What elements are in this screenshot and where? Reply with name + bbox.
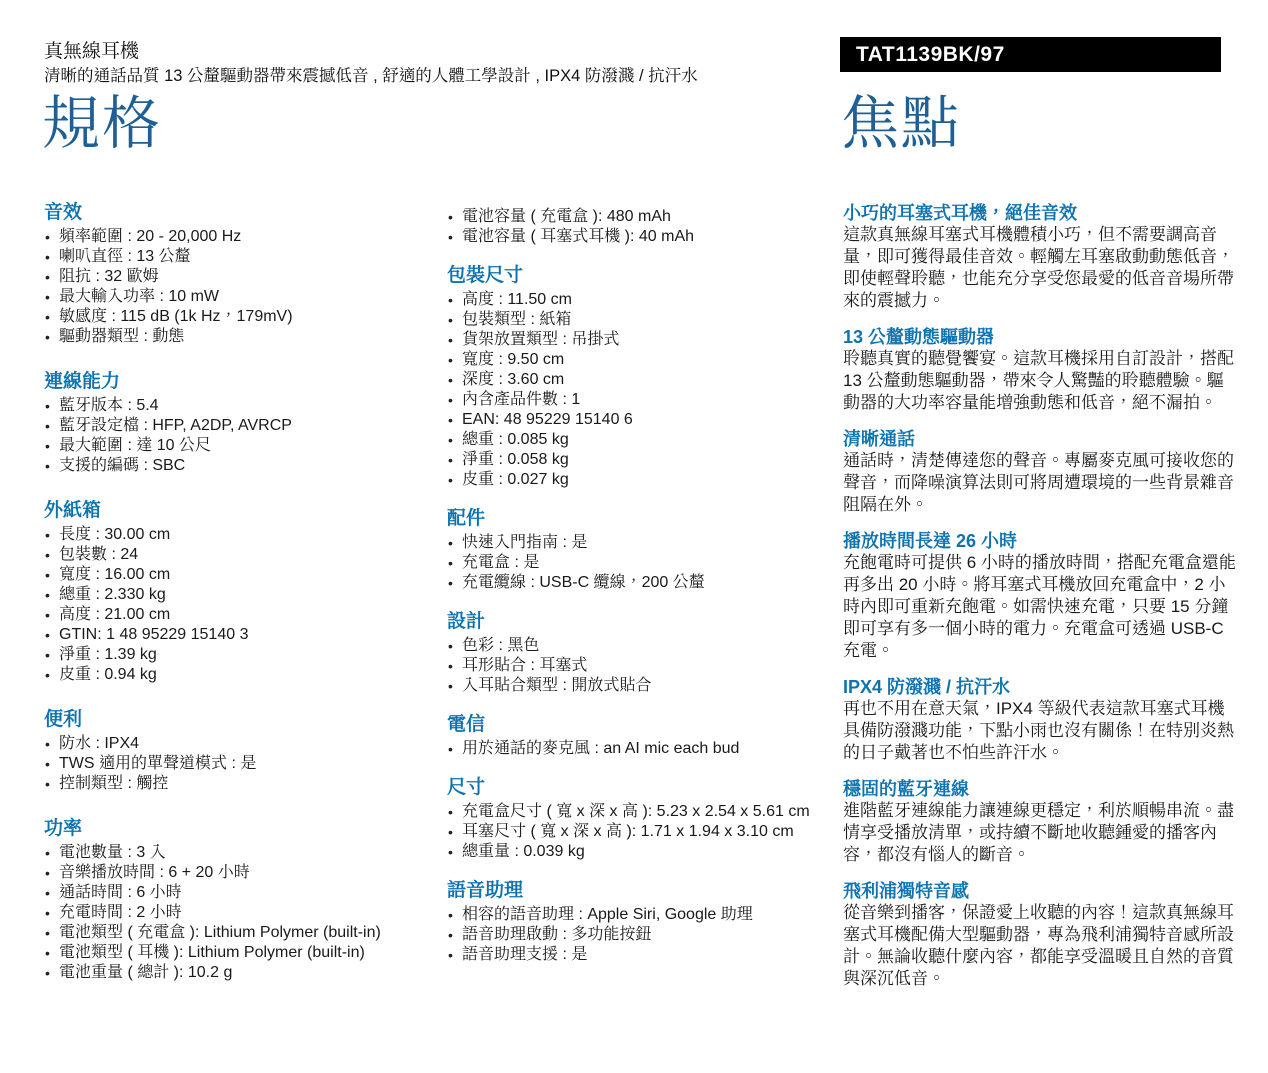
spec-item: 高度 : 11.50 cm — [447, 290, 847, 310]
highlights-column: 小巧的耳塞式耳機，絕佳音效 這款真無線耳塞式耳機體積小巧，但不需要調高音量，即可… — [843, 202, 1239, 1004]
spec-item: 喇叭直徑 : 13 公釐 — [44, 247, 422, 267]
highlight-title: 小巧的耳塞式耳機，絕佳音效 — [843, 202, 1239, 224]
spec-item: 充電時間 : 2 小時 — [44, 903, 422, 923]
spec-section-title: 便利 — [44, 709, 422, 731]
highlight-title: 播放時間長達 26 小時 — [843, 530, 1239, 552]
spec-item: 藍牙設定檔 : HFP, A2DP, AVRCP — [44, 416, 422, 436]
spec-item: 電池類型 ( 充電盒 ): Lithium Polymer (built-in) — [44, 923, 422, 943]
highlight-title: 穩固的藍牙連線 — [843, 778, 1239, 800]
spec-item-list: 充電盒尺寸 ( 寬 x 深 x 高 ): 5.23 x 2.54 x 5.61 … — [447, 802, 847, 862]
spec-item-list: 防水 : IPX4TWS 適用的單聲道模式 : 是控制類型 : 觸控 — [44, 734, 422, 794]
spec-item: GTIN: 1 48 95229 15140 3 — [44, 625, 422, 645]
spec-section-title: 設計 — [447, 611, 847, 633]
spec-item: 充電盒尺寸 ( 寬 x 深 x 高 ): 5.23 x 2.54 x 5.61 … — [447, 802, 847, 822]
spec-item: 寬度 : 9.50 cm — [447, 350, 847, 370]
spec-section-title: 功率 — [44, 818, 422, 840]
highlight-body: 通話時，清楚傳達您的聲音。專屬麥克風可接收您的聲音，而降噪演算法則可將周遭環境的… — [843, 450, 1239, 516]
highlights-page-title: 焦點 — [841, 92, 961, 156]
spec-section: 語音助理 相容的語音助理 : Apple Siri, Google 助理語音助理… — [447, 880, 847, 965]
spec-section: 功率 電池數量 : 3 入音樂播放時間 : 6 + 20 小時通話時間 : 6 … — [44, 818, 422, 983]
spec-item-list: 長度 : 30.00 cm包裝數 : 24寬度 : 16.00 cm總重 : 2… — [44, 525, 422, 685]
spec-item: 最大範圍 : 達 10 公尺 — [44, 436, 422, 456]
spec-item: 色彩 : 黑色 — [447, 636, 847, 656]
spec-item: 用於通話的麥克風 : an AI mic each bud — [447, 739, 847, 759]
spec-section: 包裝尺寸 高度 : 11.50 cm包裝類型 : 紙箱貨架放置類型 : 吊掛式寬… — [447, 265, 847, 490]
highlight-section: 播放時間長達 26 小時 充飽電時可提供 6 小時的播放時間，搭配充電盒還能再多… — [843, 530, 1239, 662]
spec-item: 耳形貼合 : 耳塞式 — [447, 656, 847, 676]
model-number-badge: TAT1139BK/97 — [840, 37, 1221, 72]
highlight-title: 飛利浦獨特音感 — [843, 880, 1239, 902]
spec-section-title: 尺寸 — [447, 777, 847, 799]
spec-item: 充電纜線 : USB-C 纜線，200 公釐 — [447, 573, 847, 593]
spec-section: 設計 色彩 : 黑色耳形貼合 : 耳塞式入耳貼合類型 : 開放式貼合 — [447, 611, 847, 696]
highlight-section: 13 公釐動態驅動器 聆聽真實的聽覺饗宴。這款耳機採用自訂設計，搭配 13 公釐… — [843, 326, 1239, 414]
spec-item: 音樂播放時間 : 6 + 20 小時 — [44, 863, 422, 883]
spec-item: 電池重量 ( 總計 ): 10.2 g — [44, 963, 422, 983]
spec-item: 入耳貼合類型 : 開放式貼合 — [447, 676, 847, 696]
spec-item: 內含產品件數 : 1 — [447, 390, 847, 410]
spec-item-list: 用於通話的麥克風 : an AI mic each bud — [447, 739, 847, 759]
spec-section: 電信 用於通話的麥克風 : an AI mic each bud — [447, 714, 847, 759]
highlight-title: 清晰通話 — [843, 428, 1239, 450]
highlight-body: 這款真無線耳塞式耳機體積小巧，但不需要調高音量，即可獲得最佳音效。輕觸左耳塞啟動… — [843, 224, 1239, 312]
highlight-body: 進階藍牙連線能力讓連線更穩定，利於順暢串流。盡情享受播放清單，或持續不斷地收聽鍾… — [843, 800, 1239, 866]
spec-item: 總重 : 2.330 kg — [44, 585, 422, 605]
highlight-body: 從音樂到播客，保證愛上收聽的內容！這款真無線耳塞式耳機配備大型驅動器，專為飛利浦… — [843, 902, 1239, 990]
spec-item: 包裝類型 : 紙箱 — [447, 310, 847, 330]
spec-section: 尺寸 充電盒尺寸 ( 寬 x 深 x 高 ): 5.23 x 2.54 x 5.… — [447, 777, 847, 862]
spec-item-list: 色彩 : 黑色耳形貼合 : 耳塞式入耳貼合類型 : 開放式貼合 — [447, 636, 847, 696]
spec-item: 阻抗 : 32 歐姆 — [44, 267, 422, 287]
specs-page-title: 規格 — [42, 92, 162, 156]
spec-item: 藍牙版本 : 5.4 — [44, 396, 422, 416]
spec-section: 外紙箱 長度 : 30.00 cm包裝數 : 24寬度 : 16.00 cm總重… — [44, 500, 422, 685]
spec-item: 總重 : 0.085 kg — [447, 430, 847, 450]
spec-item: 長度 : 30.00 cm — [44, 525, 422, 545]
spec-item-list: 高度 : 11.50 cm包裝類型 : 紙箱貨架放置類型 : 吊掛式寬度 : 9… — [447, 290, 847, 490]
spec-section-title: 音效 — [44, 202, 422, 224]
spec-item: 深度 : 3.60 cm — [447, 370, 847, 390]
spec-item: 相容的語音助理 : Apple Siri, Google 助理 — [447, 905, 847, 925]
highlight-title: IPX4 防潑濺 / 抗汗水 — [843, 676, 1239, 698]
highlight-body: 充飽電時可提供 6 小時的播放時間，搭配充電盒還能再多出 20 小時。將耳塞式耳… — [843, 552, 1239, 662]
spec-item: 支援的編碼 : SBC — [44, 456, 422, 476]
spec-section: 便利 防水 : IPX4TWS 適用的單聲道模式 : 是控制類型 : 觸控 — [44, 709, 422, 794]
spec-item: 電池容量 ( 耳塞式耳機 ): 40 mAh — [447, 227, 847, 247]
spec-item: 總重量 : 0.039 kg — [447, 842, 847, 862]
spec-section: 配件 快速入門指南 : 是充電盒 : 是充電纜線 : USB-C 纜線，200 … — [447, 508, 847, 593]
spec-item: TWS 適用的單聲道模式 : 是 — [44, 754, 422, 774]
product-tagline: 清晰的通話品質 13 公釐驅動器帶來震撼低音 , 舒適的人體工學設計 , IPX… — [44, 64, 804, 88]
spec-item: 語音助理支援 : 是 — [447, 945, 847, 965]
spec-item-list: 頻率範圍 : 20 - 20,000 Hz喇叭直徑 : 13 公釐阻抗 : 32… — [44, 227, 422, 347]
product-header: 真無線耳機 清晰的通話品質 13 公釐驅動器帶來震撼低音 , 舒適的人體工學設計… — [44, 40, 804, 88]
highlight-body: 聆聽真實的聽覺饗宴。這款耳機採用自訂設計，搭配 13 公釐動態驅動器，帶來令人驚… — [843, 348, 1239, 414]
highlight-title: 13 公釐動態驅動器 — [843, 326, 1239, 348]
spec-column-1: 音效 頻率範圍 : 20 - 20,000 Hz喇叭直徑 : 13 公釐阻抗 :… — [44, 202, 422, 1007]
spec-item: 敏感度 : 115 dB (1k Hz，179mV) — [44, 307, 422, 327]
spec-item: 電池類型 ( 耳機 ): Lithium Polymer (built-in) — [44, 943, 422, 963]
spec-item: 控制類型 : 觸控 — [44, 774, 422, 794]
highlight-section: 穩固的藍牙連線 進階藍牙連線能力讓連線更穩定，利於順暢串流。盡情享受播放清單，或… — [843, 778, 1239, 866]
spec-item: 語音助理啟動 : 多功能按鈕 — [447, 925, 847, 945]
spec-item-list: 電池容量 ( 充電盒 ): 480 mAh電池容量 ( 耳塞式耳機 ): 40 … — [447, 207, 847, 247]
spec-section-title: 連線能力 — [44, 371, 422, 393]
spec-section: 電池容量 ( 充電盒 ): 480 mAh電池容量 ( 耳塞式耳機 ): 40 … — [447, 207, 847, 247]
spec-item: 耳塞尺寸 ( 寬 x 深 x 高 ): 1.71 x 1.94 x 3.10 c… — [447, 822, 847, 842]
spec-item: 頻率範圍 : 20 - 20,000 Hz — [44, 227, 422, 247]
spec-item: 高度 : 21.00 cm — [44, 605, 422, 625]
spec-item: 貨架放置類型 : 吊掛式 — [447, 330, 847, 350]
highlight-section: 清晰通話 通話時，清楚傳達您的聲音。專屬麥克風可接收您的聲音，而降噪演算法則可將… — [843, 428, 1239, 516]
spec-item: 最大輸入功率 : 10 mW — [44, 287, 422, 307]
spec-item: 快速入門指南 : 是 — [447, 533, 847, 553]
spec-section-title: 電信 — [447, 714, 847, 736]
spec-item: 電池數量 : 3 入 — [44, 843, 422, 863]
spec-section-title: 語音助理 — [447, 880, 847, 902]
spec-section: 音效 頻率範圍 : 20 - 20,000 Hz喇叭直徑 : 13 公釐阻抗 :… — [44, 202, 422, 347]
spec-sheet-page: 真無線耳機 清晰的通話品質 13 公釐驅動器帶來震撼低音 , 舒適的人體工學設計… — [0, 0, 1268, 1073]
spec-section-title: 外紙箱 — [44, 500, 422, 522]
spec-section-title: 包裝尺寸 — [447, 265, 847, 287]
spec-item-list: 相容的語音助理 : Apple Siri, Google 助理語音助理啟動 : … — [447, 905, 847, 965]
spec-item-list: 電池數量 : 3 入音樂播放時間 : 6 + 20 小時通話時間 : 6 小時充… — [44, 843, 422, 983]
spec-section-title: 配件 — [447, 508, 847, 530]
spec-item: 通話時間 : 6 小時 — [44, 883, 422, 903]
spec-item: 電池容量 ( 充電盒 ): 480 mAh — [447, 207, 847, 227]
spec-item: EAN: 48 95229 15140 6 — [447, 410, 847, 430]
highlight-body: 再也不用在意天氣，IPX4 等級代表這款耳塞式耳機具備防潑濺功能，下點小雨也沒有… — [843, 698, 1239, 764]
spec-item: 皮重 : 0.94 kg — [44, 665, 422, 685]
spec-item: 皮重 : 0.027 kg — [447, 470, 847, 490]
spec-item: 寬度 : 16.00 cm — [44, 565, 422, 585]
highlight-section: 飛利浦獨特音感 從音樂到播客，保證愛上收聽的內容！這款真無線耳塞式耳機配備大型驅… — [843, 880, 1239, 990]
spec-item-list: 快速入門指南 : 是充電盒 : 是充電纜線 : USB-C 纜線，200 公釐 — [447, 533, 847, 593]
spec-item: 淨重 : 0.058 kg — [447, 450, 847, 470]
product-type: 真無線耳機 — [44, 40, 804, 64]
spec-item: 充電盒 : 是 — [447, 553, 847, 573]
spec-item: 包裝數 : 24 — [44, 545, 422, 565]
spec-section: 連線能力 藍牙版本 : 5.4藍牙設定檔 : HFP, A2DP, AVRCP最… — [44, 371, 422, 476]
spec-item: 驅動器類型 : 動態 — [44, 327, 422, 347]
spec-column-2: 電池容量 ( 充電盒 ): 480 mAh電池容量 ( 耳塞式耳機 ): 40 … — [447, 202, 847, 983]
highlight-section: 小巧的耳塞式耳機，絕佳音效 這款真無線耳塞式耳機體積小巧，但不需要調高音量，即可… — [843, 202, 1239, 312]
spec-item-list: 藍牙版本 : 5.4藍牙設定檔 : HFP, A2DP, AVRCP最大範圍 :… — [44, 396, 422, 476]
spec-item: 防水 : IPX4 — [44, 734, 422, 754]
spec-item: 淨重 : 1.39 kg — [44, 645, 422, 665]
highlight-section: IPX4 防潑濺 / 抗汗水 再也不用在意天氣，IPX4 等級代表這款耳塞式耳機… — [843, 676, 1239, 764]
